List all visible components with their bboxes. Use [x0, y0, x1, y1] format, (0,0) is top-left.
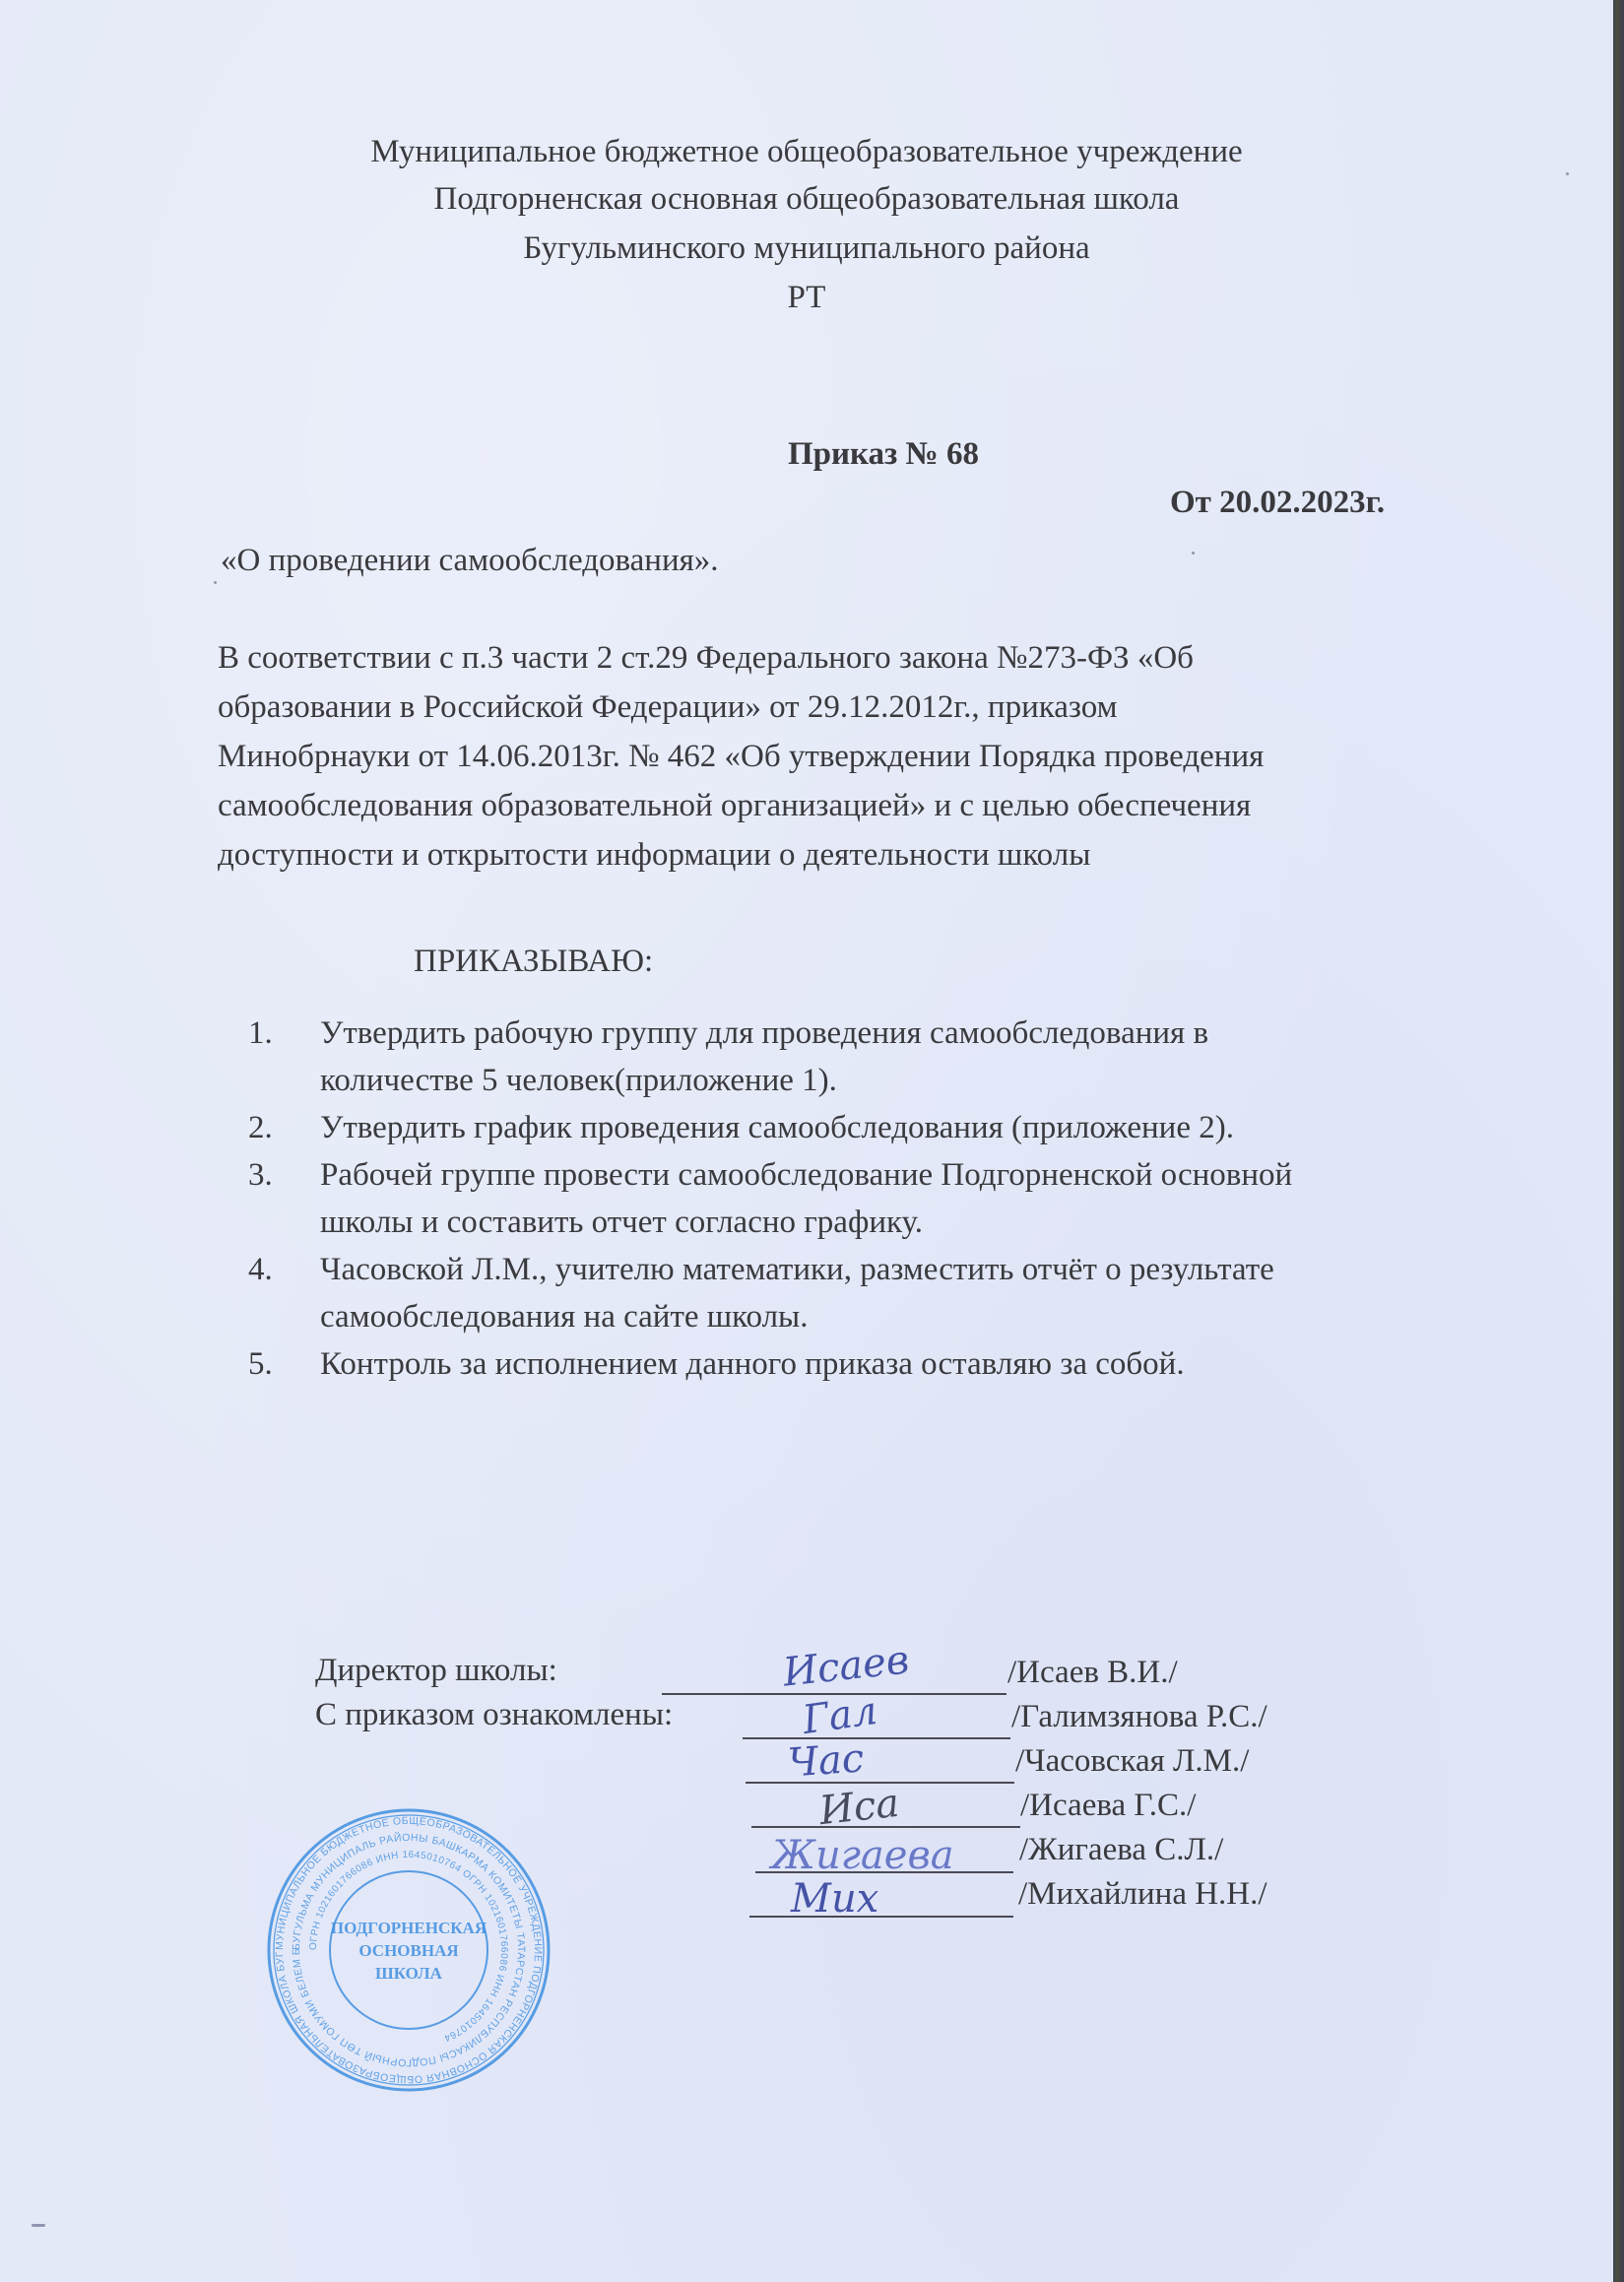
signer-name: /Исаев В.И./ [1007, 1657, 1178, 1689]
signature-chasovskaya: Час [787, 1738, 866, 1783]
signature-galimzyanova: Гал [801, 1691, 880, 1740]
directive-item: 1. Утвердить рабочую группу для проведен… [248, 1010, 1292, 1104]
item-number: 3. [248, 1151, 273, 1199]
svg-text:ШКОЛА: ШКОЛА [375, 1964, 443, 1983]
signature-director: Исаев [781, 1640, 911, 1692]
directive-item: 3. Рабочей группе провести самообследова… [248, 1151, 1292, 1246]
signature-line-galimzyanova [743, 1737, 1010, 1739]
scan-speck [1192, 552, 1195, 554]
signature-mikhaylina: Мих [791, 1879, 878, 1919]
item-text-line: Утвердить рабочую группу для проведения … [320, 1010, 1292, 1057]
scan-speck [32, 2224, 45, 2227]
item-text-line: Часовской Л.М., учителю математики, разм… [320, 1246, 1292, 1293]
preamble-line: В соответствии с п.3 части 2 ст.29 Федер… [218, 633, 1498, 683]
signer-name: /Галимзянова Р.С./ [1011, 1701, 1267, 1733]
preamble-paragraph: В соответствии с п.3 части 2 ст.29 Федер… [218, 633, 1498, 880]
preamble-line: самообследования образовательной организ… [218, 781, 1498, 830]
signer-name: /Жигаева С.Л./ [1019, 1834, 1223, 1866]
directive-heading: ПРИКАЗЫВАЮ: [414, 945, 653, 978]
signer-name: /Часовская Л.М./ [1015, 1745, 1249, 1778]
signer-name: /Михайлина Н.Н./ [1018, 1878, 1267, 1911]
header-line-school: Подгорненская основная общеобразовательн… [0, 183, 1613, 216]
directive-item: 2. Утвердить график проведения самообсле… [248, 1104, 1292, 1151]
item-text-line: Контроль за исполнением данного приказа … [320, 1340, 1292, 1388]
preamble-line: Минобрнауки от 14.06.2013г. № 462 «Об ут… [218, 732, 1498, 781]
signature-line-mikhaylina [749, 1916, 1013, 1918]
directive-list: 1. Утвердить рабочую группу для проведен… [248, 1010, 1292, 1388]
signer-name: /Исаева Г.С./ [1020, 1790, 1196, 1822]
item-number: 1. [248, 1010, 273, 1057]
header-line-institution: Муниципальное бюджетное общеобразователь… [0, 136, 1613, 168]
order-date: От 20.02.2023г. [1170, 487, 1385, 519]
order-title: Приказ № 68 [788, 438, 979, 471]
item-text-line: количестве 5 человек(приложение 1). [320, 1057, 1292, 1104]
svg-text:ОСНОВНАЯ: ОСНОВНАЯ [358, 1941, 458, 1960]
order-subject: «О проведении самообследования». [221, 545, 719, 577]
scan-speck [1566, 172, 1569, 175]
item-text-line: Рабочей группе провести самообследование… [320, 1151, 1292, 1199]
header-line-district: Бугульминского муниципального района [0, 232, 1613, 265]
scan-speck [214, 581, 217, 584]
item-text-line: самообследования на сайте школы. [320, 1293, 1292, 1340]
header-line-region: РТ [0, 282, 1613, 314]
scan-edge-strip [1613, 0, 1624, 2282]
document-page: Муниципальное бюджетное общеобразователь… [0, 0, 1613, 2282]
signature-zhigaeva: Жигаева [771, 1836, 954, 1875]
item-text-line: Утвердить график проведения самообследов… [320, 1104, 1292, 1151]
acknowledged-label: С приказом ознакомлены: [315, 1699, 673, 1731]
preamble-line: образовании в Российской Федерации» от 2… [218, 683, 1498, 732]
official-stamp: МУНИЦИПАЛЬНОЕ БЮДЖЕТНОЕ ОБЩЕОБРАЗОВАТЕЛЬ… [261, 1802, 556, 2098]
directive-item: 5. Контроль за исполнением данного прика… [248, 1340, 1292, 1388]
item-number: 2. [248, 1104, 273, 1151]
directive-item: 4. Часовской Л.М., учителю математики, р… [248, 1246, 1292, 1340]
item-text-line: школы и составить отчет согласно графику… [320, 1199, 1292, 1246]
item-number: 5. [248, 1340, 273, 1388]
svg-text:ПОДГОРНЕНСКАЯ: ПОДГОРНЕНСКАЯ [331, 1919, 487, 1937]
item-number: 4. [248, 1246, 273, 1293]
stamp-seal-icon: МУНИЦИПАЛЬНОЕ БЮДЖЕТНОЕ ОБЩЕОБРАЗОВАТЕЛЬ… [261, 1802, 556, 2098]
preamble-line: доступности и открытости информации о де… [218, 830, 1498, 880]
signature-isaeva: Иса [817, 1784, 901, 1831]
director-label: Директор школы: [315, 1655, 557, 1687]
